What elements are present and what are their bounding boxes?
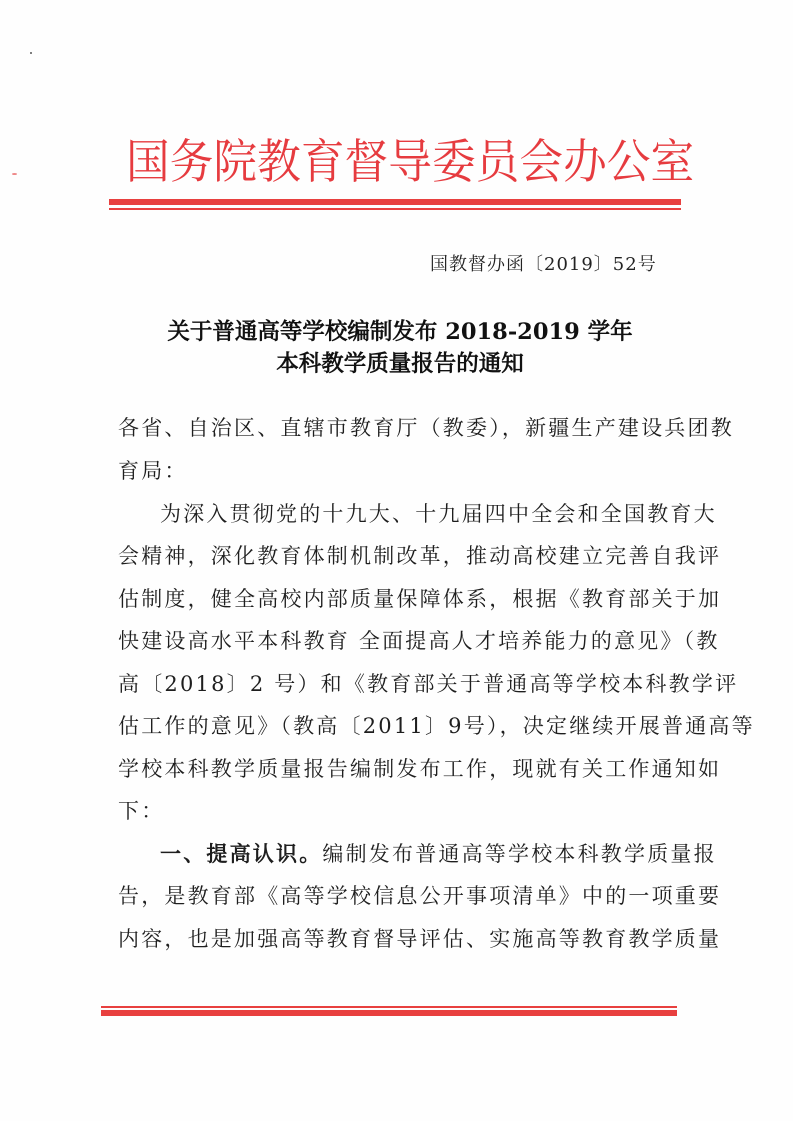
footer-rule-thin (101, 1006, 677, 1008)
section-1-line: 内容，也是加强高等教育督导评估、实施高等教育教学质量 (118, 925, 721, 953)
paragraph-1-line: 会精神，深化教育体制机制改革，推动高校建立完善自我评 (118, 542, 721, 570)
paragraph-1-line: 估工作的意见》（教高〔2011〕9号），决定继续开展普通高等 (118, 712, 755, 740)
document-number: 国教督办函〔2019〕52号 (430, 253, 657, 277)
document-title-line-2: 本科教学质量报告的通知 (100, 349, 700, 379)
section-1-line: 告，是教育部《高等学校信息公开事项清单》中的一项重要 (118, 882, 721, 910)
footer-rule-thick (101, 1010, 677, 1016)
letterhead-rule-thick (109, 199, 681, 205)
section-1-first-line: 一、提高认识。编制发布普通高等学校本科教学质量报 (160, 840, 717, 868)
addressee-line-2: 育局： (118, 457, 188, 485)
section-1-text: 编制发布普通高等学校本科教学质量报 (322, 842, 716, 866)
scan-speck (30, 52, 32, 54)
addressee-line-1: 各省、自治区、直辖市教育厅（教委），新疆生产建设兵团教 (118, 414, 734, 442)
paragraph-1-line: 下： (118, 797, 164, 825)
letterhead-rule-thin (109, 208, 681, 210)
document-title-line-1: 关于普通高等学校编制发布 2018-2019 学年 (100, 317, 700, 347)
scan-speck (12, 173, 17, 175)
paragraph-1-line: 高〔2018〕2 号）和《教育部关于普通高等学校本科教学评 (118, 670, 738, 698)
document-page: 国务院教育督导委员会办公室 国教督办函〔2019〕52号 关于普通高等学校编制发… (0, 0, 793, 1121)
paragraph-1-line: 为深入贯彻党的十九大、十九届四中全会和全国教育大 (160, 500, 717, 528)
paragraph-1-line: 快建设高水平本科教育 全面提高人才培养能力的意见》（教 (118, 627, 720, 655)
section-1-heading: 一、提高认识。 (160, 841, 322, 866)
letterhead-issuer: 国务院教育督导委员会办公室 (126, 133, 647, 193)
paragraph-1-line: 学校本科教学质量报告编制发布工作，现就有关工作通知如 (118, 755, 721, 783)
paragraph-1-line: 估制度，健全高校内部质量保障体系，根据《教育部关于加 (118, 585, 721, 613)
